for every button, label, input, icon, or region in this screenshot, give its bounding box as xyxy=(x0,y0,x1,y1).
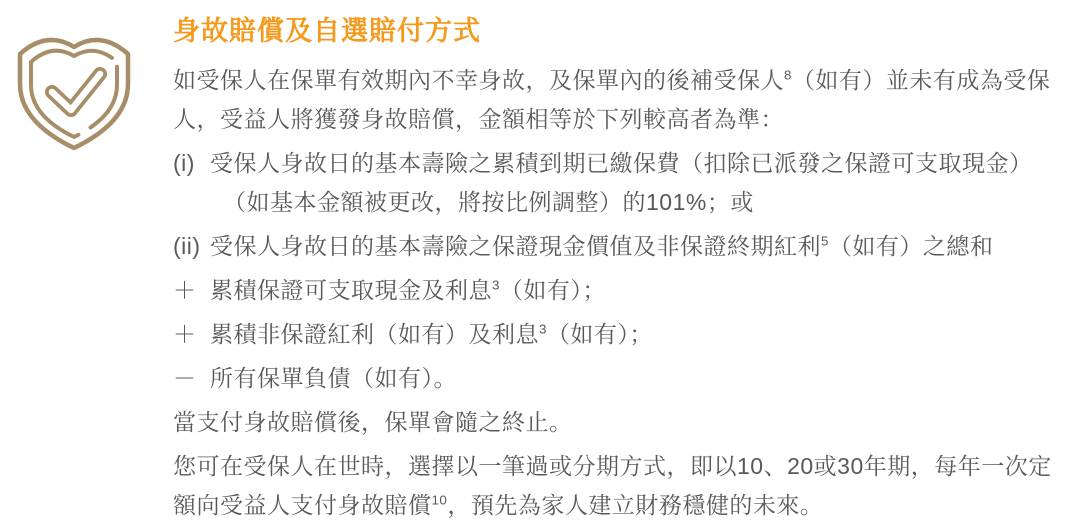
minus-line: － 所有保單負債（如有）。 xyxy=(173,359,1068,398)
intro-paragraph: 如受保人在保單有效期內不幸身故，及保單內的後補受保人8（如有）並未有成為受保人，… xyxy=(173,61,1068,139)
list-item-ii: (ii) 受保人身故日的基本壽險之保證現金價值及非保證終期紅利5（如有）之總和 xyxy=(173,227,1068,266)
list-marker-ii: (ii) xyxy=(173,227,210,266)
footnote-ref-5: 5 xyxy=(821,233,829,248)
item-i-line-1: 受保人身故日的基本壽險之累積到期已繳保費（扣除已派發之保證可支取現金） xyxy=(210,150,1033,176)
footnote-ref-3b: 3 xyxy=(539,321,547,336)
section-content: 身故賠償及自選賠付方式 如受保人在保單有效期內不幸身故，及保單內的後補受保人8（… xyxy=(173,14,1068,523)
list-marker-i: (i) xyxy=(173,144,210,222)
item-ii-text-1: 受保人身故日的基本壽險之保證現金價值及非保證終期紅利 xyxy=(210,233,821,259)
plus-line-1-body: 累積保證可支取現金及利息3（如有）； xyxy=(210,271,1068,310)
item-i-line-2: （如基本金額被更改，將按比例調整）的101%；或 xyxy=(223,183,1068,222)
section-title: 身故賠償及自選賠付方式 xyxy=(173,14,1068,48)
list-item-ii-body: 受保人身故日的基本壽險之保證現金價值及非保證終期紅利5（如有）之總和 xyxy=(210,227,1068,266)
footnote-ref-3a: 3 xyxy=(492,277,500,292)
item-ii-text-2: （如有）之總和 xyxy=(829,233,994,259)
shield-check-icon xyxy=(8,22,140,154)
minus-icon: － xyxy=(173,359,210,398)
plus-icon: ＋ xyxy=(173,315,210,354)
footnote-ref-8: 8 xyxy=(784,67,792,82)
footnote-ref-10: 10 xyxy=(432,492,448,507)
intro-text-1: 如受保人在保單有效期內不幸身故，及保單內的後補受保人 xyxy=(173,67,784,93)
payout-paragraph: 您可在受保人在世時，選擇以一筆過或分期方式，即以10、20或30年期，每年一次定… xyxy=(173,447,1068,523)
plus1-text-2: （如有）； xyxy=(500,277,606,303)
minus-line-body: 所有保單負債（如有）。 xyxy=(210,359,1068,398)
payout-text-2: ，預先為家人建立財務穩健的未來。 xyxy=(447,492,823,518)
plus2-text-1: 累積非保證紅利（如有）及利息 xyxy=(210,321,539,347)
plus-line-2-body: 累積非保證紅利（如有）及利息3（如有）； xyxy=(210,315,1068,354)
plus-icon: ＋ xyxy=(173,271,210,310)
plus-line-2: ＋ 累積非保證紅利（如有）及利息3（如有）； xyxy=(173,315,1068,354)
plus1-text-1: 累積保證可支取現金及利息 xyxy=(210,277,492,303)
termination-paragraph: 當支付身故賠償後，保單會隨之終止。 xyxy=(173,403,1068,442)
list-item-i: (i) 受保人身故日的基本壽險之累積到期已繳保費（扣除已派發之保證可支取現金） … xyxy=(173,144,1068,222)
plus2-text-2: （如有）； xyxy=(547,321,653,347)
plus-line-1: ＋ 累積保證可支取現金及利息3（如有）； xyxy=(173,271,1068,310)
list-item-i-body: 受保人身故日的基本壽險之累積到期已繳保費（扣除已派發之保證可支取現金） （如基本… xyxy=(210,144,1068,222)
document-page: 身故賠償及自選賠付方式 如受保人在保單有效期內不幸身故，及保單內的後補受保人8（… xyxy=(0,0,1080,523)
